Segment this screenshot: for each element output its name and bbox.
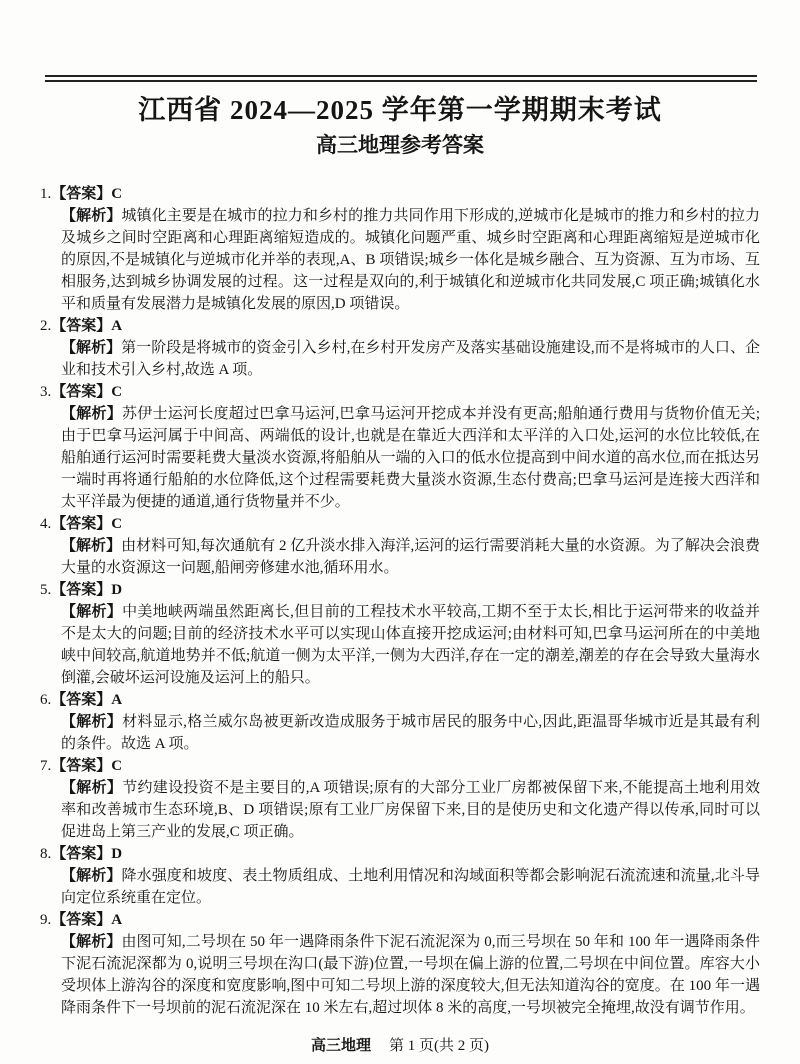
item-number: 3. xyxy=(40,384,51,400)
analysis-label: 【解析】 xyxy=(61,603,122,620)
answer-letter: C xyxy=(111,384,122,400)
answer-item-4: 4.【答案】C 【解析】由材料可知,每次通航有 2 亿升淡水排入海洋,运河的运行… xyxy=(40,513,760,579)
answer-label: 【答案】 xyxy=(51,691,111,708)
answer-line: 3.【答案】C xyxy=(40,381,760,403)
answer-line: 9.【答案】A xyxy=(40,909,760,931)
item-number: 9. xyxy=(40,912,51,928)
page-footer: 高三地理第 1 页(共 2 页) xyxy=(0,1036,800,1056)
answer-label: 【答案】 xyxy=(51,845,111,862)
item-number: 8. xyxy=(40,846,51,862)
item-number: 2. xyxy=(40,318,51,334)
answer-label: 【答案】 xyxy=(51,757,111,774)
analysis-label: 【解析】 xyxy=(61,713,122,730)
page-subtitle: 高三地理参考答案 xyxy=(0,132,800,160)
exam-answer-page: 江西省 2024—2025 学年第一学期期末考试 高三地理参考答案 1.【答案】… xyxy=(0,0,800,1064)
answer-item-1: 1.【答案】C 【解析】城镇化主要是在城市的拉力和乡村的推力共同作用下形成的,逆… xyxy=(40,183,760,315)
answer-item-8: 8.【答案】D 【解析】降水强度和坡度、表土物质组成、土地利用情况和沟域面积等都… xyxy=(40,843,760,909)
answer-item-6: 6.【答案】A 【解析】材料显示,格兰威尔岛被更新改造成服务于城市居民的服务中心… xyxy=(40,689,760,755)
answer-letter: D xyxy=(111,582,122,598)
item-number: 7. xyxy=(40,758,51,774)
analysis-paragraph: 【解析】降水强度和坡度、表土物质组成、土地利用情况和沟域面积等都会影响泥石流流速… xyxy=(61,865,760,909)
analysis-text: 由材料可知,每次通航有 2 亿升淡水排入海洋,运河的运行需要消耗大量的水资源。为… xyxy=(61,538,760,576)
answer-label: 【答案】 xyxy=(51,317,111,334)
answer-item-9: 9.【答案】A 【解析】由图可知,二号坝在 50 年一遇降雨条件下泥石流泥深为 … xyxy=(40,909,760,1019)
analysis-text: 降水强度和坡度、表土物质组成、土地利用情况和沟域面积等都会影响泥石流流速和流量,… xyxy=(61,868,760,906)
answer-line: 4.【答案】C xyxy=(40,513,760,535)
answer-letter: C xyxy=(111,516,122,532)
answer-item-3: 3.【答案】C 【解析】苏伊士运河长度超过巴拿马运河,巴拿马运河开挖成本并没有更… xyxy=(40,381,760,513)
answer-label: 【答案】 xyxy=(51,911,111,928)
answer-line: 6.【答案】A xyxy=(40,689,760,711)
analysis-label: 【解析】 xyxy=(61,405,122,422)
answer-label: 【答案】 xyxy=(51,383,111,400)
item-number: 6. xyxy=(40,692,51,708)
analysis-paragraph: 【解析】苏伊士运河长度超过巴拿马运河,巴拿马运河开挖成本并没有更高;船舶通行费用… xyxy=(61,403,760,513)
answer-item-7: 7.【答案】C 【解析】节约建设投资不是主要目的,A 项错误;原有的大部分工业厂… xyxy=(40,755,760,843)
analysis-text: 节约建设投资不是主要目的,A 项错误;原有的大部分工业厂房都被保留下来,不能提高… xyxy=(61,780,760,840)
analysis-text: 苏伊士运河长度超过巴拿马运河,巴拿马运河开挖成本并没有更高;船舶通行费用与货物价… xyxy=(61,406,760,510)
analysis-paragraph: 【解析】节约建设投资不是主要目的,A 项错误;原有的大部分工业厂房都被保留下来,… xyxy=(61,777,760,843)
analysis-text: 城镇化主要是在城市的拉力和乡村的推力共同作用下形成的,逆城市化是城市的推力和乡村… xyxy=(61,208,760,312)
answer-line: 2.【答案】A xyxy=(40,315,760,337)
analysis-label: 【解析】 xyxy=(61,933,121,950)
answer-label: 【答案】 xyxy=(51,185,111,202)
answer-item-5: 5.【答案】D 【解析】中美地峡两端虽然距离长,但目前的工程技术水平较高,工期不… xyxy=(40,579,760,689)
answer-letter: C xyxy=(111,186,122,202)
analysis-label: 【解析】 xyxy=(61,867,121,884)
answer-item-2: 2.【答案】A 【解析】第一阶段是将城市的资金引入乡村,在乡村开发房产及落实基础… xyxy=(40,315,760,381)
analysis-paragraph: 【解析】由材料可知,每次通航有 2 亿升淡水排入海洋,运河的运行需要消耗大量的水… xyxy=(61,535,760,579)
analysis-paragraph: 【解析】第一阶段是将城市的资金引入乡村,在乡村开发房产及落实基础设施建设,而不是… xyxy=(61,337,760,381)
footer-subject: 高三地理 xyxy=(311,1037,371,1054)
analysis-paragraph: 【解析】由图可知,二号坝在 50 年一遇降雨条件下泥石流泥深为 0,而三号坝在 … xyxy=(61,931,760,1019)
item-number: 4. xyxy=(40,516,51,532)
analysis-text: 由图可知,二号坝在 50 年一遇降雨条件下泥石流泥深为 0,而三号坝在 50 年… xyxy=(61,934,760,1016)
item-number: 1. xyxy=(40,186,51,202)
analysis-text: 第一阶段是将城市的资金引入乡村,在乡村开发房产及落实基础设施建设,而不是将城市的… xyxy=(61,340,760,378)
answer-line: 7.【答案】C xyxy=(40,755,760,777)
answer-letter: A xyxy=(111,912,122,928)
answer-line: 5.【答案】D xyxy=(40,579,760,601)
answers-content: 1.【答案】C 【解析】城镇化主要是在城市的拉力和乡村的推力共同作用下形成的,逆… xyxy=(40,183,760,1019)
analysis-text: 材料显示,格兰威尔岛被更新改造成服务于城市居民的服务中心,因此,距温哥华城市近是… xyxy=(61,714,760,752)
answer-letter: D xyxy=(111,846,122,862)
analysis-label: 【解析】 xyxy=(61,537,121,554)
analysis-paragraph: 【解析】中美地峡两端虽然距离长,但目前的工程技术水平较高,工期不至于太长,相比于… xyxy=(61,601,760,689)
answer-line: 1.【答案】C xyxy=(40,183,760,205)
header-double-rule xyxy=(45,75,757,82)
analysis-label: 【解析】 xyxy=(61,779,122,796)
answer-letter: A xyxy=(111,318,122,334)
analysis-paragraph: 【解析】城镇化主要是在城市的拉力和乡村的推力共同作用下形成的,逆城市化是城市的推… xyxy=(61,205,760,315)
page-title: 江西省 2024—2025 学年第一学期期末考试 xyxy=(0,0,800,128)
answer-label: 【答案】 xyxy=(51,581,111,598)
analysis-text: 中美地峡两端虽然距离长,但目前的工程技术水平较高,工期不至于太长,相比于运河带来… xyxy=(61,604,760,686)
footer-page-number: 第 1 页(共 2 页) xyxy=(389,1038,489,1054)
answer-label: 【答案】 xyxy=(51,515,111,532)
answer-letter: A xyxy=(111,692,122,708)
item-number: 5. xyxy=(40,582,51,598)
analysis-label: 【解析】 xyxy=(61,207,121,224)
analysis-paragraph: 【解析】材料显示,格兰威尔岛被更新改造成服务于城市居民的服务中心,因此,距温哥华… xyxy=(61,711,760,755)
answer-line: 8.【答案】D xyxy=(40,843,760,865)
answer-letter: C xyxy=(111,758,122,774)
analysis-label: 【解析】 xyxy=(61,339,121,356)
